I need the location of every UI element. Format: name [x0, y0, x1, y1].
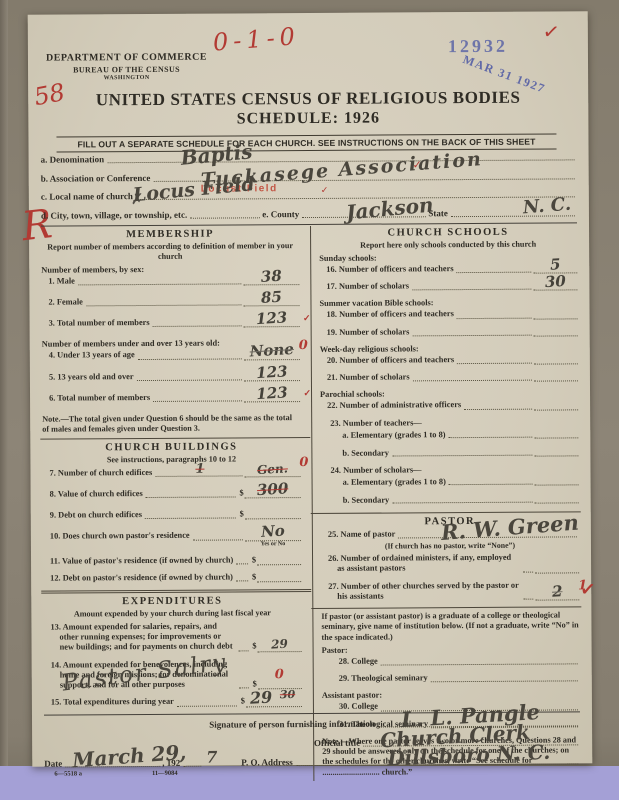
section-divider [40, 437, 310, 440]
dotted-leader [381, 664, 578, 666]
dotted-leader [183, 766, 201, 767]
q5-answer-blank: 123 [244, 371, 300, 381]
question-21: 21. Number of scholars [320, 371, 578, 383]
q7-label: 7. Number of church edifices [42, 467, 152, 478]
dotted-leader [413, 380, 532, 382]
dotted-leader [190, 217, 260, 218]
section-divider [41, 589, 311, 594]
dotted-leader [78, 283, 241, 285]
dotted-leader [146, 496, 236, 498]
expenditures-title: EXPENDITURES [43, 595, 301, 608]
question-14-benevolences: 14. Amount expended for benevolences, in… [44, 659, 302, 691]
q24a-label: a. Elementary (grades 1 to 8) [343, 477, 446, 487]
dotted-leader [236, 580, 248, 581]
date-label: Date [44, 759, 62, 769]
dotted-leader [177, 705, 237, 706]
q21-answer-blank [534, 372, 578, 382]
question-22: 22. Number of administrative officers [320, 400, 578, 412]
official-title-label: Official title [314, 738, 360, 748]
q16-label: 16. Number of officers and teachers [319, 264, 453, 275]
dollar-sign: $ [239, 488, 243, 498]
question-28: 28. College [332, 655, 580, 667]
office-name: WASHINGTON [46, 74, 207, 82]
question-24b: b. Secondary [343, 493, 579, 504]
dollar-sign: $ [240, 509, 244, 519]
dotted-leader [431, 681, 578, 683]
membership-title: MEMBERSHIP [41, 228, 299, 241]
census-schedule-form: DEPARTMENT OF COMMERCE BUREAU OF THE CEN… [28, 11, 593, 766]
dollar-sign: $ [252, 572, 256, 582]
red-check-icon: ✓ [579, 579, 596, 602]
question-23-label: 23. Number of teachers— [330, 417, 578, 428]
local-name-label: c. Local name of church [41, 191, 133, 202]
dotted-leader [523, 599, 533, 600]
department-name: DEPARTMENT OF COMMERCE [46, 52, 207, 65]
q11-label: 11. Value of pastor's residence (if owne… [43, 555, 233, 566]
q19-label: 19. Number of scholars [320, 327, 410, 338]
q15-struck-cents: 30 [280, 688, 295, 701]
question-10-own-residence: 10. Does church own pastor's residence N… [43, 530, 301, 542]
q7-answer-blank: Gen.0 [244, 467, 300, 477]
dollar-sign: $ [241, 697, 245, 707]
question-23b: b. Secondary [342, 446, 578, 457]
dotted-leader [238, 650, 248, 651]
q11-answer-blank [257, 555, 301, 565]
identification-section: a. Denomination Baptis b. Association or… [41, 151, 577, 228]
graduate-instruction: If pastor (or assistant pastor) is a gra… [321, 611, 579, 643]
q26-answer-blank [535, 563, 579, 573]
serial-number-stamp: 12932 [448, 36, 508, 57]
left-column: MEMBERSHIP Report number of members acco… [41, 226, 312, 783]
pastor-group-label: Pastor: [322, 644, 580, 655]
q20-answer-blank [534, 354, 578, 364]
q13-answer-blank: 29 [258, 642, 302, 652]
form-title: UNITED STATES CENSUS OF RELIGIOUS BODIES [28, 87, 588, 110]
question-9-debt-edifices: 9. Debt on church edifices $ [43, 509, 301, 521]
q12-label: 12. Debt on pastor's residence (if owned… [43, 572, 233, 583]
question-5-13-and-over: 5. 13 years old and over 123 [42, 371, 300, 383]
q14-label: 14. Amount expended for benevolences, in… [44, 659, 236, 691]
q24b-answer-blank [535, 493, 579, 503]
dotted-leader [523, 571, 533, 572]
scanned-document-background: DEPARTMENT OF COMMERCE BUREAU OF THE CEN… [0, 0, 619, 800]
question-27: 27. Number of other churches served by t… [321, 580, 579, 602]
q5-value: 123 [243, 361, 300, 383]
dotted-leader [137, 379, 242, 381]
q22-answer-blank [534, 400, 578, 410]
q23b-label: b. Secondary [342, 448, 389, 457]
dotted-leader [457, 363, 532, 364]
weekday-schools-label: Week-day religious schools: [320, 343, 578, 354]
q8-value-struck: 300 [244, 478, 301, 500]
summer-bible-schools-label: Summer vacation Bible schools: [319, 298, 577, 309]
q19-answer-blank [534, 326, 578, 336]
spacer [44, 730, 209, 731]
church-buildings-title: CHURCH BUILDINGS [42, 441, 300, 454]
question-24-label: 24. Number of scholars— [330, 464, 578, 475]
q10-label: 10. Does church own pastor's residence [43, 531, 190, 542]
q2-value: 85 [243, 287, 300, 309]
dotted-leader [457, 272, 532, 273]
q10-value: No [244, 521, 301, 543]
q18-answer-blank [534, 309, 578, 319]
dotted-leader [412, 289, 531, 291]
question-1-male: 1. Male 38 [41, 275, 299, 287]
q10-hint: Yes or No [245, 541, 301, 549]
q8-label: 8. Value of church edifices [43, 489, 143, 500]
q7-red-struck: Gen. [244, 461, 301, 479]
two-column-body: MEMBERSHIP Report number of members acco… [41, 223, 580, 782]
dotted-leader [138, 358, 242, 360]
church-schools-subtitle: Report here only schools conducted by th… [319, 239, 577, 250]
question-18: 18. Number of officers and teachers [320, 309, 578, 321]
dotted-leader [153, 401, 242, 403]
q15-answer-blank: 2930 [246, 697, 302, 707]
q9-label: 9. Debt on church edifices [43, 510, 142, 521]
right-column: CHURCH SCHOOLS Report here only schools … [309, 224, 580, 781]
membership-note: Note.—The total given under Question 6 s… [42, 413, 300, 435]
dotted-leader [153, 326, 242, 328]
parochial-schools-label: Parochial schools: [320, 389, 578, 400]
city-label: d. City, town, village, or township, etc… [41, 209, 187, 220]
q7-red-value: 0 [299, 455, 308, 471]
year-value: 7 [206, 748, 217, 767]
q1-value: 38 [243, 265, 300, 287]
question-8-value-edifices: 8. Value of church edifices $ 300 [43, 488, 301, 500]
q8-answer-blank: 300 [245, 488, 301, 498]
q13-value: 29 [257, 636, 302, 653]
state-value: N. C. [522, 193, 572, 218]
q3-value: 123 [243, 308, 300, 330]
dotted-leader [236, 563, 248, 564]
county-label: e. County [262, 209, 299, 219]
signature-label: Signature of person furnishing informati… [209, 719, 375, 730]
denomination-label: a. Denomination [41, 154, 105, 164]
question-15-total-expenditures: 15. Total expenditures during year $ 293… [44, 696, 302, 708]
expenditures-subtitle: Amount expended by your church during la… [43, 608, 301, 619]
question-25-pastor-name: 25. Name of pastor R. W. Green [321, 528, 579, 540]
form-subtitle: SCHEDULE: 1926 [28, 108, 588, 129]
signature-section: Signature of person furnishing informati… [44, 711, 580, 777]
section-divider [311, 607, 581, 610]
q26-label: 26. Number of ordained ministers, if any… [321, 553, 520, 575]
q13-label: 13. Amount expended for salaries, repair… [43, 621, 235, 653]
q4-value-struck: None [243, 340, 300, 362]
question-20: 20. Number of officers and teachers [320, 354, 578, 366]
dotted-leader [464, 408, 532, 409]
q9-answer-blank [245, 509, 301, 519]
dotted-leader [449, 483, 533, 485]
question-19: 19. Number of scholars [320, 326, 578, 338]
red-ink-code: 0-1-0 [212, 22, 301, 57]
question-11-residence-value: 11. Value of pastor's residence (if owne… [43, 555, 301, 567]
association-label: b. Association or Conference [41, 172, 151, 183]
dotted-leader [392, 501, 532, 503]
q4-answer-blank: None0 [244, 350, 300, 360]
question-3-total-members: 3. Total number of members 123✓ [42, 317, 300, 329]
red-check-icon: ✓ [541, 19, 561, 46]
assistant-pastor-group-label: Assistant pastor: [322, 690, 580, 701]
q2-label: 2. Female [41, 297, 83, 308]
question-13-running-expenses: 13. Amount expended for salaries, repair… [43, 621, 301, 653]
q24a-answer-blank [535, 475, 579, 485]
question-4-under-13: 4. Under 13 years of age None0 [42, 349, 300, 361]
q22-label: 22. Number of administrative officers [320, 400, 461, 411]
q23b-answer-blank [534, 446, 578, 456]
question-17: 17. Number of scholars 30 [319, 280, 577, 292]
q23a-label: a. Elementary (grades 1 to 8) [342, 430, 445, 440]
print-code: 11—9084 [152, 770, 178, 777]
church-schools-title: CHURCH SCHOOLS [319, 226, 577, 239]
q15-value: 29 [245, 686, 306, 709]
q18-label: 18. Number of officers and teachers [320, 309, 454, 320]
question-7-edifices: 7. Number of church edifices 1 Gen.0 [42, 467, 300, 479]
dotted-leader [457, 317, 532, 318]
field-local-church-name: c. Local name of church Locus Field [41, 188, 577, 201]
field-association: b. Association or Conference Tuckasege A… [41, 170, 577, 183]
q1-label: 1. Male [41, 276, 75, 286]
q3-label: 3. Total number of members [42, 318, 150, 329]
question-23a: a. Elementary (grades 1 to 8) [342, 428, 578, 439]
q29-label: 29. Theological seminary [332, 673, 428, 684]
dollar-sign: $ [252, 642, 256, 652]
dotted-leader [392, 454, 532, 456]
dotted-leader [145, 518, 236, 520]
dotted-leader [87, 305, 242, 307]
scan-edge-left [0, 0, 8, 800]
q12-answer-blank [257, 572, 301, 582]
dollar-sign: $ [252, 555, 256, 565]
dotted-leader [412, 334, 531, 336]
question-12-residence-debt: 12. Debt on pastor's residence (if owned… [43, 572, 301, 584]
q5-label: 5. 13 years old and over [42, 372, 134, 383]
q23a-answer-blank [534, 428, 578, 438]
question-24a: a. Elementary (grades 1 to 8) [343, 475, 579, 486]
question-2-female: 2. Female 85 [41, 296, 299, 308]
q7-pencil-struck: 1 [195, 461, 204, 477]
q20-label: 20. Number of officers and teachers [320, 355, 454, 366]
agency-block: DEPARTMENT OF COMMERCE BUREAU OF THE CEN… [46, 52, 207, 83]
q17-label: 17. Number of scholars [319, 281, 409, 292]
q10-answer-blank: NoYes or No [245, 531, 301, 541]
q30-label: 30. College [332, 702, 378, 713]
q27-pencil-struck: 2 [535, 581, 580, 602]
q27-answer-blank: 21✓ [535, 591, 579, 601]
q17-value: 30 [533, 271, 578, 292]
dotted-leader [193, 539, 243, 540]
dotted-leader [449, 436, 533, 438]
q1-answer-blank: 38 [243, 275, 299, 285]
q4-label: 4. Under 13 years of age [42, 351, 135, 362]
q14-red-value: 0 [275, 668, 284, 684]
q28-label: 28. College [332, 657, 378, 668]
date-address-row: Date , 192 March 29, 7 P. O. Address Dil… [44, 755, 580, 768]
po-address-label: P. O. Address [241, 757, 293, 767]
field-city-county-state: d. City, town, village, or township, etc… [41, 207, 577, 220]
q3-answer-blank: 123✓ [244, 317, 300, 327]
q27-label: 27. Number of other churches served by t… [321, 580, 520, 602]
question-6-total-members: 6. Total number of members 123✓ [42, 392, 300, 404]
q24b-label: b. Secondary [343, 495, 390, 504]
question-29: 29. Theological seminary [332, 673, 580, 685]
q4-red-correction: 0 [299, 338, 308, 354]
q6-answer-blank: 123✓ [244, 392, 300, 402]
q21-label: 21. Number of scholars [320, 372, 410, 383]
q6-value: 123 [244, 383, 301, 405]
q17-answer-blank: 30 [533, 281, 577, 291]
q2-answer-blank: 85 [243, 296, 299, 306]
membership-subtitle: Report number of members according to de… [41, 241, 299, 262]
question-26: 26. Number of ordained ministers, if any… [321, 553, 579, 575]
q25-label: 25. Name of pastor [321, 529, 396, 540]
q6-label: 6. Total number of members [42, 393, 150, 404]
q15-label: 15. Total expenditures during year [44, 697, 174, 708]
